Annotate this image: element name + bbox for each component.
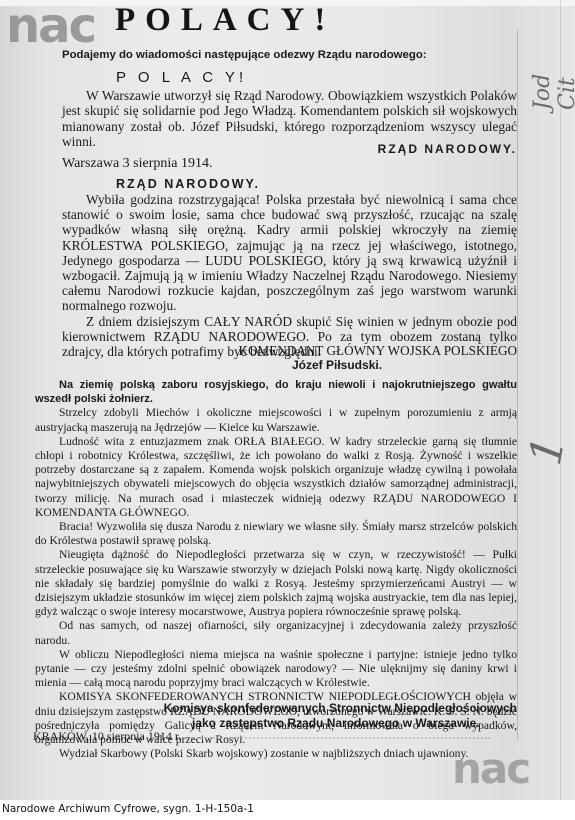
scanned-document: nac POLACY! Podajemy do wiadomości nastę… bbox=[0, 0, 575, 800]
second-appeal-paragraph: Wybiła godzina rozstrzygająca! Polska pr… bbox=[62, 192, 517, 314]
first-appeal-signature: RZĄD NARODOWY. bbox=[62, 142, 517, 157]
second-appeal-heading: RZĄD NARODOWY. bbox=[116, 177, 260, 192]
fold-line bbox=[560, 0, 561, 800]
document-title: POLACY! bbox=[115, 2, 335, 39]
first-appeal-paragraph: W Warszawie utworzył się Rząd Narodowy. … bbox=[62, 88, 517, 150]
second-appeal-body: Wybiła godzina rozstrzygająca! Polska pr… bbox=[62, 192, 517, 359]
commander-title: KOMENDANT GŁÓWNY WOJSKA POLSKIEGO bbox=[62, 343, 517, 358]
commission-signature-line1: Komisya skonfederowanych Stronnictw Niep… bbox=[62, 701, 517, 716]
main-paragraph: Wydział Skarbowy (Polski Skarb wojskowy)… bbox=[35, 747, 517, 761]
main-paragraph: Strzelcy zdobyli Miechów i okoliczne mie… bbox=[35, 406, 517, 434]
main-paragraph: W obliczu Niepodległości niema miejsca n… bbox=[35, 648, 517, 691]
nac-logo-watermark: nac bbox=[452, 744, 529, 793]
first-appeal-date: Warszawa 3 sierpnia 1914. bbox=[62, 156, 213, 171]
main-paragraph: Ludność wita z entuzjazmem znak ORŁA BIA… bbox=[35, 435, 517, 520]
handwritten-note: Jod Cit bbox=[530, 65, 575, 110]
lead-paragraph: Na ziemię polską zaboru rosyjskiego, do … bbox=[35, 378, 517, 406]
print-smudge bbox=[190, 731, 490, 739]
first-appeal-body: W Warszawie utworzył się Rząd Narodowy. … bbox=[62, 88, 517, 150]
main-paragraph: Od nas samych, od naszej ofiarności, sił… bbox=[35, 619, 517, 647]
first-appeal-heading: P O L A C Y! bbox=[116, 70, 247, 85]
commander-name: Józef Piłsudski. bbox=[292, 358, 382, 373]
handwritten-note: 1 k. — bbox=[520, 406, 575, 487]
intro-text: Podajemy do wiadomości następujące odezw… bbox=[62, 48, 517, 63]
archive-caption: Narodowe Archiwum Cyfrowe, sygn. 1-H-150… bbox=[2, 803, 254, 815]
nac-logo-watermark: nac bbox=[6, 0, 95, 54]
main-paragraph: Nieugięta dążność do Niepodległości prze… bbox=[35, 548, 517, 619]
commission-signature-line2: jako zastępstwo Rządu Narodowego w Warsz… bbox=[192, 716, 480, 731]
main-paragraph: Bracia! Wyzwoliła się dusza Narodu z nie… bbox=[35, 520, 517, 548]
krakow-date: KRAKÓW, 10 sierpnia 1914 r. bbox=[33, 729, 181, 744]
fold-line bbox=[517, 30, 518, 740]
intro-line: Podajemy do wiadomości następujące odezw… bbox=[62, 48, 517, 63]
